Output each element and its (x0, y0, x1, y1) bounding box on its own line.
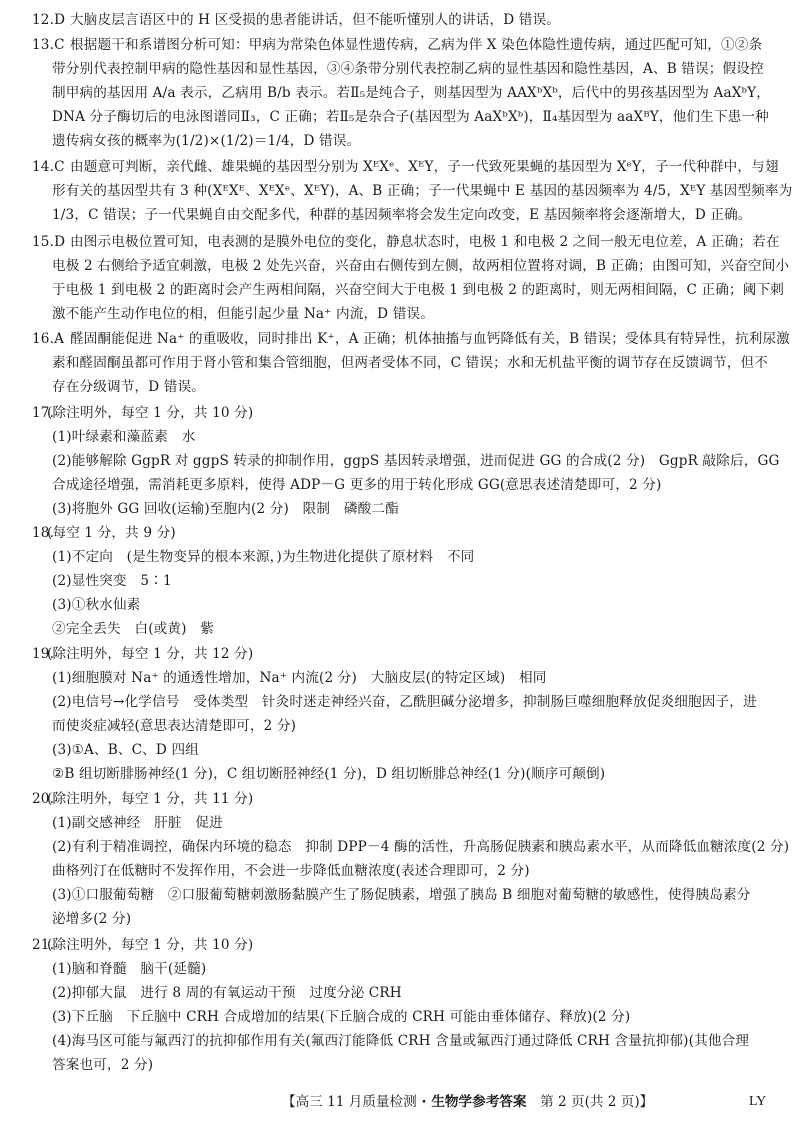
answer-text: 激不能产生动作电位的相，但能引起少量 Na⁺ 内流，D 错误。 (52, 302, 434, 326)
answer-text: 由图示电极位置可知，电表测的是膜外电位的变化，静息状态时，电极 1 和电极 2 … (70, 230, 780, 254)
answer-20-line: (2)有利于精准调控，确保内环境的稳态 抑制 DPP－4 酶的活性，升高肠促胰素… (0, 835, 800, 859)
answer-16: 16.A 醛固酮能促进 Na⁺ 的重吸收，同时排出 K⁺，A 正确；机体抽搐与血… (0, 327, 800, 351)
answer-20: 20. (除注明外，每空 1 分，共 11 分) (0, 787, 800, 811)
answer-19: 19. (除注明外，每空 1 分，共 12 分) (0, 642, 800, 666)
answer-number: 13.C (32, 33, 65, 57)
answer-19-line: (3)①A、B、C、D 四组 (0, 738, 800, 762)
answer-text: 制甲病的基因用 A/a 表示，乙病用 B/b 表示。若Ⅱ₅是纯合子，则基因型为 … (52, 81, 770, 105)
answer-text: (2)抑郁大鼠 进行 8 周的有氧运动干预 过度分泌 CRH (52, 981, 402, 1005)
answer-19-line: (1)细胞膜对 Na⁺ 的通透性增加，Na⁺ 内流(2 分) 大脑皮层(的特定区… (0, 666, 800, 690)
answer-17-line: (1)叶绿素和藻蓝素 水 (0, 425, 800, 449)
answer-text: 形有关的基因型共有 3 种(XᴱXᴱ、XᴱXᵉ、XᴱY)，A、B 正确；子一代果… (52, 179, 792, 203)
answer-number: 16.A (32, 327, 64, 351)
footer-bracket-right: 】 (640, 1094, 654, 1110)
answer-text: 答案也可，2 分) (52, 1053, 153, 1077)
answer-text: (3)①A、B、C、D 四组 (52, 738, 199, 762)
answer-text: 素和醛固酮虽都可作用于肾小管和集合管细胞，但两者受体不同，C 错误；水和无机盐平… (52, 351, 768, 375)
answer-21-line: (3)下丘脑 下丘脑中 CRH 合成增加的结果(下丘脑合成的 CRH 可能由垂体… (0, 1005, 800, 1029)
answer-text: (1)副交感神经 肝脏 促进 (52, 811, 223, 835)
answer-15-line: 于电极 1 到电极 2 的距离时会产生两相间隔，兴奋空间大于电极 1 到电极 2… (0, 278, 800, 302)
answer-13-line: 遗传病女孩的概率为(1/2)×(1/2)＝1/4，D 错误。 (0, 129, 800, 153)
answer-20-line: 曲格列汀在低糖时不发挥作用，不会进一步降低血糖浓度(表述合理即可，2 分) (0, 859, 800, 883)
answer-text: ②完全丢失 白(或黄) 紫 (52, 617, 214, 641)
answer-text: 根据题干和系谱图分析可知：甲病为常染色体显性遗传病，乙病为伴 X 染色体隐性遗传… (70, 33, 762, 57)
answer-key-page: 12.D 大脑皮层言语区中的 H 区受损的患者能讲话，但不能听懂别人的讲话，D … (0, 0, 800, 1122)
answer-18-line: ②完全丢失 白(或黄) 紫 (0, 617, 800, 641)
answer-text: (1)不定向 (是生物变异的根本来源，)为生物进化提供了原材料 不同 (52, 545, 474, 569)
answer-text: (3)下丘脑 下丘脑中 CRH 合成增加的结果(下丘脑合成的 CRH 可能由垂体… (52, 1005, 630, 1029)
answer-text: (2)电信号→化学信号 受体类型 针灸时迷走神经兴奋，乙酰胆碱分泌增多，抑制肠巨… (52, 690, 757, 714)
answer-12: 12.D 大脑皮层言语区中的 H 区受损的患者能讲话，但不能听懂别人的讲话，D … (0, 8, 800, 32)
answer-15-line: 电极 2 右侧给予适宜刺激，电极 2 处先兴奋，兴奋由右侧传到左侧，故两相位置将… (0, 254, 800, 278)
answer-13-line: 带分别代表控制甲病的隐性基因和显性基因，③④条带分别代表控制乙病的显性基因和隐性… (0, 57, 800, 81)
answer-text: 带分别代表控制甲病的隐性基因和显性基因，③④条带分别代表控制乙病的显性基因和隐性… (52, 57, 764, 81)
answer-18-line: (2)显性突变 5∶1 (0, 569, 800, 593)
answer-17-line: (2)能够解除 GgpR 对 ggpS 转录的抑制作用，ggpS 基因转录增强，… (0, 449, 800, 473)
answer-scoring-note: (除注明外，每空 1 分，共 11 分) (47, 787, 253, 811)
answer-text: 电极 2 右侧给予适宜刺激，电极 2 处先兴奋，兴奋由右侧传到左侧，故两相位置将… (52, 254, 789, 278)
answer-21-line: (2)抑郁大鼠 进行 8 周的有氧运动干预 过度分泌 CRH (0, 981, 800, 1005)
answer-13-line: DNA 分子酶切后的电泳图谱同Ⅱ₃，C 正确；若Ⅱ₅是杂合子(基因型为 AaXᵇ… (0, 105, 800, 129)
answer-16-line: 存在分级调节，D 错误。 (0, 375, 800, 399)
answer-14: 14.C 由题意可判断，亲代雌、雄果蝇的基因型分别为 XᴱXᵉ、XᴱY，子一代致… (0, 155, 800, 179)
answer-17-line: (3)将胞外 GG 回收(运输)至胞内(2 分) 限制 磷酸二酯 (0, 497, 800, 521)
answer-21: 21. (除注明外，每空 1 分，共 10 分) (0, 933, 800, 957)
page-footer: 【高三 11 月质量检测 · 生物学参考答案 第 2 页(共 2 页)】 LY (0, 1090, 800, 1114)
answer-text: 遗传病女孩的概率为(1/2)×(1/2)＝1/4，D 错误。 (52, 129, 360, 153)
answer-text: ②B 组切断腓肠神经(1 分)，C 组切断胫神经(1 分)，D 组切断腓总神经(… (52, 762, 605, 786)
answer-text: 于电极 1 到电极 2 的距离时会产生两相间隔，兴奋空间大于电极 1 到电极 2… (52, 278, 784, 302)
answer-scoring-note: (除注明外，每空 1 分，共 10 分) (47, 933, 253, 957)
answer-19-line: ②B 组切断腓肠神经(1 分)，C 组切断胫神经(1 分)，D 组切断腓总神经(… (0, 762, 800, 786)
answer-21-line: (1)脑和脊髓 脑干(延髓) (0, 957, 800, 981)
answer-number: 14.C (32, 155, 65, 179)
answer-scoring-note: (除注明外，每空 1 分，共 10 分) (47, 401, 253, 425)
answer-text: (2)能够解除 GgpR 对 ggpS 转录的抑制作用，ggpS 基因转录增强，… (52, 449, 779, 473)
answer-20-line: (3)①口服葡萄糖 ②口服葡萄糖刺激肠黏膜产生了肠促胰素，增强了胰岛 B 细胞对… (0, 883, 800, 907)
answer-19-line: 而使炎症减轻(意思表达清楚即可，2 分) (0, 714, 800, 738)
answer-18: 18. (每空 1 分，共 9 分) (0, 521, 800, 545)
answer-text: (2)显性突变 5∶1 (52, 569, 172, 593)
answer-20-line: 泌增多(2 分) (0, 907, 800, 931)
footer-separator: · (417, 1094, 432, 1110)
answer-text: 由题意可判断，亲代雌、雄果蝇的基因型分别为 XᴱXᵉ、XᴱY，子一代致死果蝇的基… (70, 155, 779, 179)
answer-text: (1)叶绿素和藻蓝素 水 (52, 425, 195, 449)
answer-text: 泌增多(2 分) (52, 907, 131, 931)
answer-text: (3)将胞外 GG 回收(运输)至胞内(2 分) 限制 磷酸二酯 (52, 497, 399, 521)
answer-text: 曲格列汀在低糖时不发挥作用，不会进一步降低血糖浓度(表述合理即可，2 分) (52, 859, 530, 883)
footer-subject: 生物学参考答案 (431, 1094, 526, 1110)
answer-17-line: 合成途径增强，需消耗更多原料，使得 ADP－G 更多的用于转化形成 GG(意思表… (0, 473, 800, 497)
answer-text: (2)有利于精准调控，确保内环境的稳态 抑制 DPP－4 酶的活性，升高肠促胰素… (52, 835, 789, 859)
answer-text: (3)①口服葡萄糖 ②口服葡萄糖刺激肠黏膜产生了肠促胰素，增强了胰岛 B 细胞对… (52, 883, 750, 907)
answer-number: 15.D (32, 230, 65, 254)
answer-number: 12.D (32, 8, 65, 32)
answer-17: 17. (除注明外，每空 1 分，共 10 分) (0, 401, 800, 425)
answer-text: 1/3，C 错误；子一代果蝇自由交配多代，种群的基因频率将会发生定向改变，E 基… (52, 203, 752, 227)
answer-16-line: 素和醛固酮虽都可作用于肾小管和集合管细胞，但两者受体不同，C 错误；水和无机盐平… (0, 351, 800, 375)
footer-title: 【高三 11 月质量检测 · 生物学参考答案 第 2 页(共 2 页)】 (282, 1090, 653, 1114)
answer-13: 13.C 根据题干和系谱图分析可知：甲病为常染色体显性遗传病，乙病为伴 X 染色… (0, 33, 800, 57)
footer-page-number: 第 2 页(共 2 页) (527, 1094, 640, 1110)
answer-15-line: 激不能产生动作电位的相，但能引起少量 Na⁺ 内流，D 错误。 (0, 302, 800, 326)
answer-text: DNA 分子酶切后的电泳图谱同Ⅱ₃，C 正确；若Ⅱ₅是杂合子(基因型为 AaXᵇ… (52, 105, 769, 129)
answer-18-line: (1)不定向 (是生物变异的根本来源，)为生物进化提供了原材料 不同 (0, 545, 800, 569)
answer-21-line: (4)海马区可能与氟西汀的抗抑郁作用有关(氟西汀能降低 CRH 含量或氟西汀通过… (0, 1029, 800, 1053)
footer-code: LY (749, 1090, 766, 1114)
answer-20-line: (1)副交感神经 肝脏 促进 (0, 811, 800, 835)
answer-15: 15.D 由图示电极位置可知，电表测的是膜外电位的变化，静息状态时，电极 1 和… (0, 230, 800, 254)
answer-text: (1)脑和脊髓 脑干(延髓) (52, 957, 206, 981)
footer-bracket-left: 【 (282, 1094, 296, 1110)
answer-13-line: 制甲病的基因用 A/a 表示，乙病用 B/b 表示。若Ⅱ₅是纯合子，则基因型为 … (0, 81, 800, 105)
footer-exam-name: 高三 11 月质量检测 (296, 1094, 417, 1110)
answer-text: (4)海马区可能与氟西汀的抗抑郁作用有关(氟西汀能降低 CRH 含量或氟西汀通过… (52, 1029, 749, 1053)
answer-14-line: 形有关的基因型共有 3 种(XᴱXᴱ、XᴱXᵉ、XᴱY)，A、B 正确；子一代果… (0, 179, 800, 203)
answer-text: 合成途径增强，需消耗更多原料，使得 ADP－G 更多的用于转化形成 GG(意思表… (52, 473, 661, 497)
answer-19-line: (2)电信号→化学信号 受体类型 针灸时迷走神经兴奋，乙酰胆碱分泌增多，抑制肠巨… (0, 690, 800, 714)
answer-21-line: 答案也可，2 分) (0, 1053, 800, 1077)
answer-text: 醛固酮能促进 Na⁺ 的重吸收，同时排出 K⁺，A 正确；机体抽搐与血钙降低有关… (70, 327, 790, 351)
answer-text: 而使炎症减轻(意思表达清楚即可，2 分) (52, 714, 296, 738)
answer-text: 大脑皮层言语区中的 H 区受损的患者能讲话，但不能听懂别人的讲话，D 错误。 (70, 8, 560, 32)
answer-scoring-note: (每空 1 分，共 9 分) (47, 521, 176, 545)
answer-18-line: (3)①秋水仙素 (0, 593, 800, 617)
answer-text: 存在分级调节，D 错误。 (52, 375, 205, 399)
answer-14-line: 1/3，C 错误；子一代果蝇自由交配多代，种群的基因频率将会发生定向改变，E 基… (0, 203, 800, 227)
answer-text: (3)①秋水仙素 (52, 593, 140, 617)
answer-scoring-note: (除注明外，每空 1 分，共 12 分) (47, 642, 253, 666)
answer-text: (1)细胞膜对 Na⁺ 的通透性增加，Na⁺ 内流(2 分) 大脑皮层(的特定区… (52, 666, 547, 690)
